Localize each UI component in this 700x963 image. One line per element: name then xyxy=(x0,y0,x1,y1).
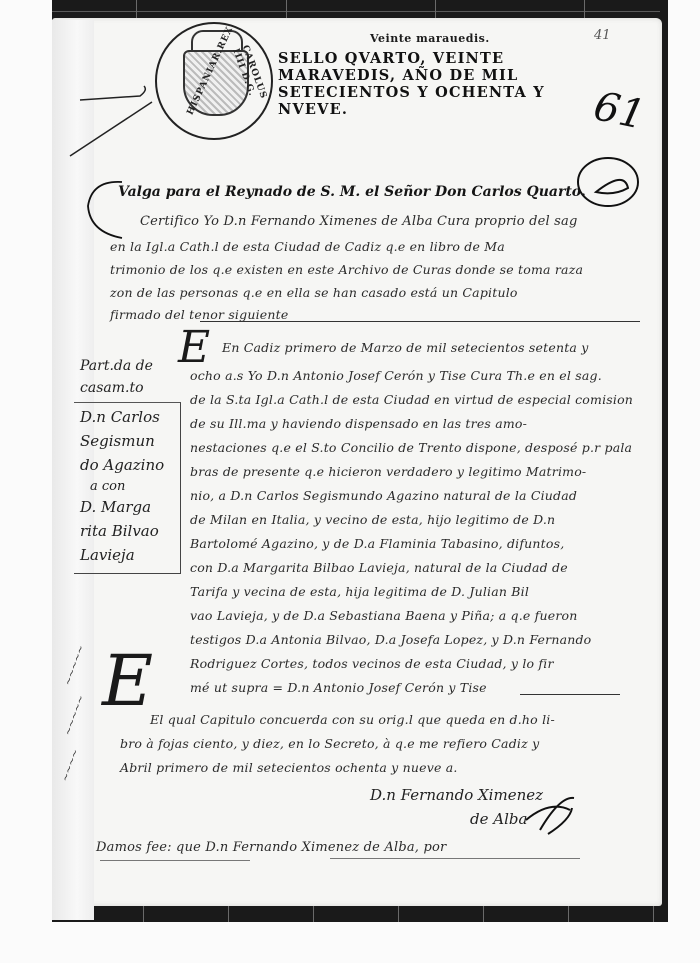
preamble-line: en la Igl.a Cath.l de esta Ciudad de Cad… xyxy=(110,239,505,254)
signature-rubric-icon xyxy=(520,790,580,840)
line-fill-rule xyxy=(520,694,620,695)
gutter-bleedthrough-text: ~~~~~ xyxy=(63,694,88,737)
margin-note-name: Lavieja xyxy=(80,544,135,566)
backing-grid-line xyxy=(568,904,569,922)
entry-line: vao Lavieja, y de D.a Sebastiana Baena y… xyxy=(190,608,578,623)
entry-line: Tarifa y vecina de esta, hija legitima d… xyxy=(190,584,529,599)
entry-line: nio, a D.n Carlos Segismundo Agazino nat… xyxy=(190,488,577,503)
closing-line: Abril primero de mil setecientos ochenta… xyxy=(120,760,458,775)
decorated-initial-e: E xyxy=(178,322,210,373)
backing-grid-line xyxy=(313,904,314,922)
flourish-v-icon xyxy=(82,172,142,242)
line-fill-rule xyxy=(100,860,250,861)
decorated-initial-e: E xyxy=(102,640,153,722)
preamble-line: Certifico Yo D.n Fernando Ximenes de Alb… xyxy=(140,214,578,229)
entry-line: mé ut supra = D.n Antonio Josef Cerón y … xyxy=(190,680,487,695)
stamp-denomination: Veinte marauedis. xyxy=(370,32,490,45)
validation-line: Valga para el Reynado de S. M. el Señor … xyxy=(118,184,586,200)
backing-grid-line xyxy=(143,904,144,922)
signature-name: de Alba xyxy=(470,810,527,828)
preamble-line: zon de las personas q.e en ella se han c… xyxy=(110,285,518,300)
line-fill-rule xyxy=(200,321,640,322)
pen-stroke-icon xyxy=(60,80,160,160)
line-fill-rule xyxy=(330,858,580,859)
preamble-line: trimonio de los q.e existen en este Arch… xyxy=(110,262,583,277)
margin-note-name: rita Bilvao xyxy=(80,520,159,542)
stamp-title-line: MARAVEDIS, AÑO DE MIL xyxy=(278,67,568,84)
backing-grid-line xyxy=(228,904,229,922)
stamp-title: SELLO QVARTO, VEINTE MARAVEDIS, AÑO DE M… xyxy=(278,50,568,118)
entry-line: En Cadiz primero de Marzo de mil setecie… xyxy=(222,340,589,355)
margin-note-name: a con xyxy=(90,476,125,498)
margin-note-header: Part.da de xyxy=(80,355,153,377)
royal-seal-stamp: HISPANIAR.REX. CAROLUS IIII D.G. xyxy=(155,22,273,140)
preamble-line: firmado del tenor siguiente xyxy=(110,307,288,322)
signature-name: D.n Fernando Ximenez xyxy=(370,786,543,804)
entry-line: bras de presente q.e hicieron verdadero … xyxy=(190,464,586,479)
backing-grid-line xyxy=(52,11,660,12)
entry-line: nestaciones q.e el S.to Concilio de Tren… xyxy=(190,440,632,455)
entry-line: Bartolomé Agazino, y de D.a Flaminia Tab… xyxy=(190,536,564,551)
gutter-bleedthrough-text: ~~~~ xyxy=(60,748,82,783)
entry-line: de Milan en Italia, y vecino de esta, hi… xyxy=(190,512,555,527)
stamp-title-line: SELLO QVARTO, VEINTE xyxy=(278,50,568,67)
entry-line: Rodriguez Cortes, todos vecinos de esta … xyxy=(190,656,554,671)
margin-note-name: D. Marga xyxy=(80,496,151,518)
entry-line: ocho a.s Yo D.n Antonio Josef Cerón y Ti… xyxy=(190,368,602,383)
stamp-title-line: NVEVE. xyxy=(278,101,568,118)
closing-line: El qual Capitulo concuerda con su orig.l… xyxy=(150,712,555,727)
gutter-bleedthrough-text: ~~~~~ xyxy=(63,644,88,687)
flourish-d-icon xyxy=(574,150,644,210)
entry-line: con D.a Margarita Bilbao Lavieja, natura… xyxy=(190,560,568,575)
margin-note-name: D.n Carlos xyxy=(80,406,160,428)
margin-note-name: do Agazino xyxy=(80,454,164,476)
backing-grid-line xyxy=(483,904,484,922)
attestation-line: Damos fee: que D.n Fernando Ximenez de A… xyxy=(96,840,446,855)
stamp-title-line: SETECIENTOS Y OCHENTA Y xyxy=(278,84,568,101)
entry-line: testigos D.a Antonia Bilvao, D.a Josefa … xyxy=(190,632,591,647)
entry-line: de la S.ta Igl.a Cath.l de esta Ciudad e… xyxy=(190,392,633,407)
closing-line: bro à fojas ciento, y diez, en lo Secret… xyxy=(120,736,539,751)
backing-grid-line xyxy=(398,904,399,922)
folio-number: 41 xyxy=(594,28,611,43)
backing-grid-line xyxy=(653,904,654,922)
margin-note-name: Segismun xyxy=(80,430,155,452)
entry-line: de su Ill.ma y haviendo dispensado en la… xyxy=(190,416,527,431)
margin-note-header: casam.to xyxy=(80,377,144,399)
